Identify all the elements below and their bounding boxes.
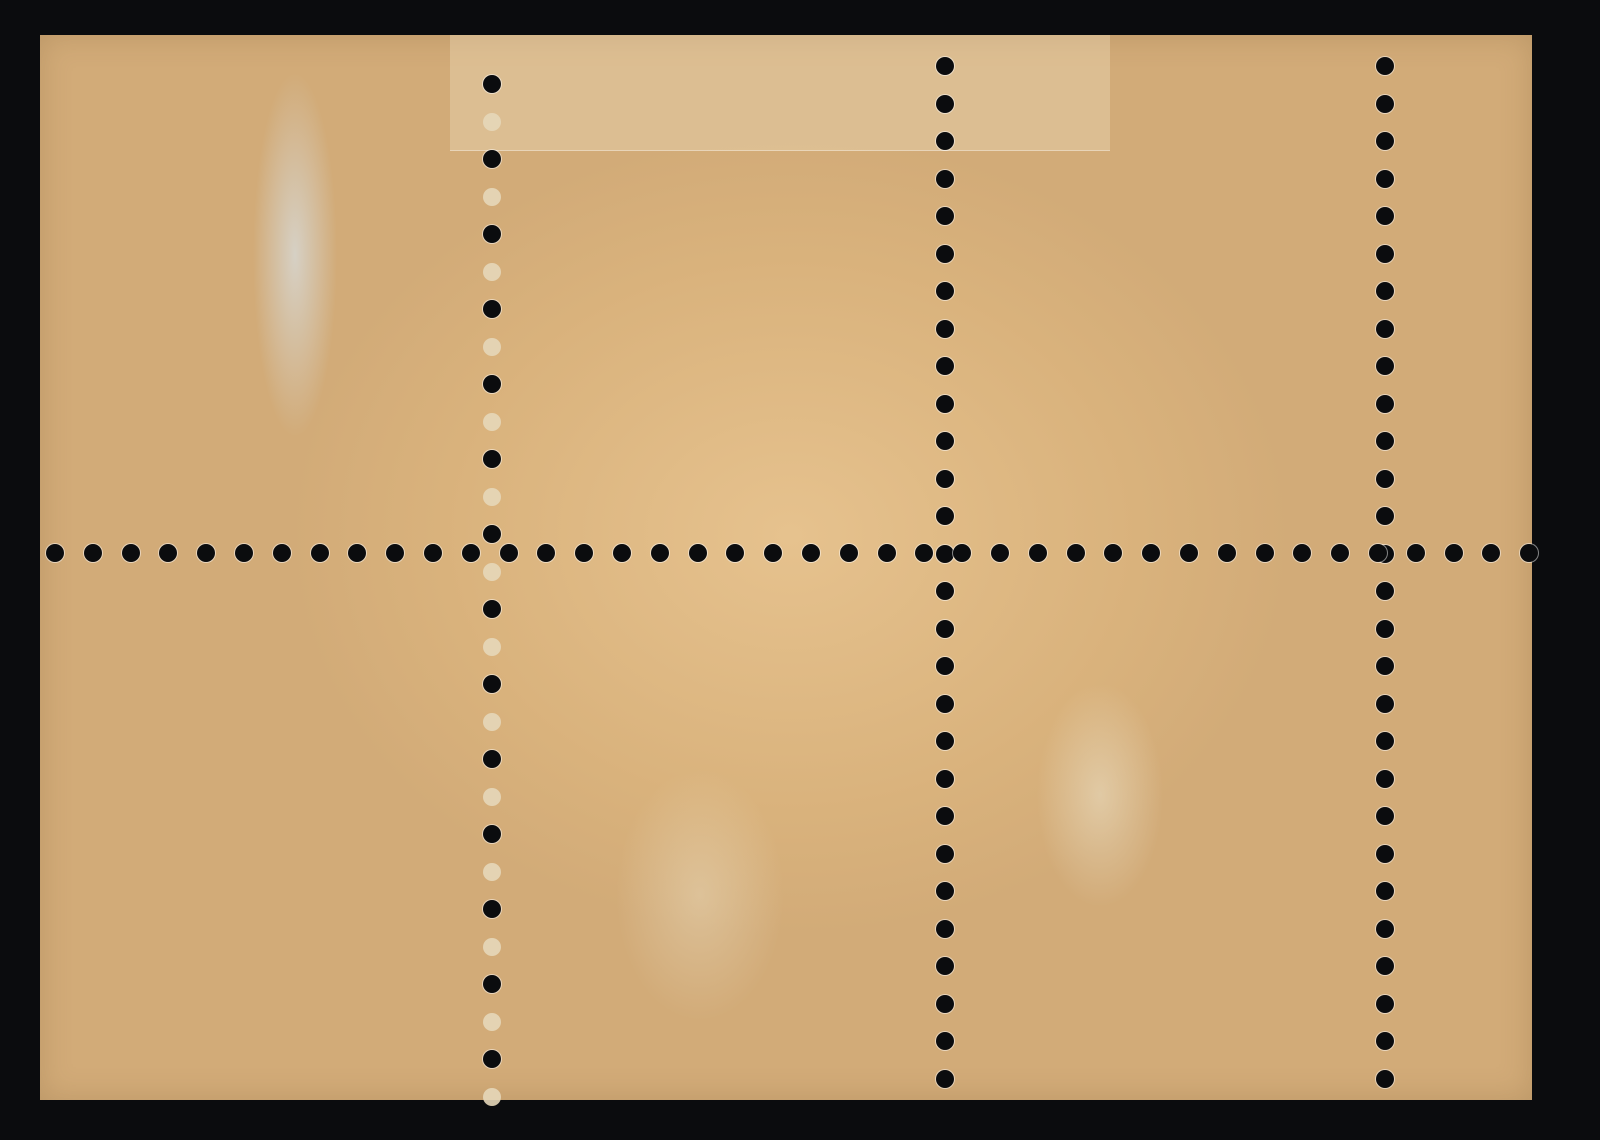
- perforation-hole: [348, 544, 366, 562]
- perforation-hole: [483, 338, 501, 356]
- perforation-line-vertical-3: [1374, 35, 1396, 1100]
- perforation-hole: [235, 544, 253, 562]
- perforation-hole: [936, 882, 954, 900]
- perforation-hole: [483, 1088, 501, 1106]
- perforation-hole: [1376, 770, 1394, 788]
- perforation-hole: [1376, 357, 1394, 375]
- perforation-hole: [936, 920, 954, 938]
- perforation-hole: [1376, 582, 1394, 600]
- perforation-hole: [1376, 657, 1394, 675]
- perforation-hole: [483, 225, 501, 243]
- perforation-hole: [1104, 544, 1122, 562]
- perforation-hole: [1376, 132, 1394, 150]
- perforation-hole: [483, 750, 501, 768]
- perforation-hole: [1369, 544, 1387, 562]
- perforation-hole: [1376, 507, 1394, 525]
- perforation-hole: [936, 695, 954, 713]
- perforation-hole: [936, 1032, 954, 1050]
- perforation-hole: [936, 657, 954, 675]
- perforation-hole: [1445, 544, 1463, 562]
- perforation-hole: [1376, 620, 1394, 638]
- perforation-hole: [1376, 170, 1394, 188]
- perforation-hole: [936, 320, 954, 338]
- hinge-remnant: [450, 35, 1110, 151]
- perforation-hole: [311, 544, 329, 562]
- perforation-hole: [122, 544, 140, 562]
- perforation-hole: [1520, 544, 1538, 562]
- perforation-hole: [1376, 807, 1394, 825]
- perforation-hole: [936, 57, 954, 75]
- perforation-hole: [1376, 1032, 1394, 1050]
- perforation-hole: [500, 544, 518, 562]
- perforation-hole: [197, 544, 215, 562]
- perforation-hole: [1376, 1070, 1394, 1088]
- perforation-hole: [483, 600, 501, 618]
- perforation-hole: [1407, 544, 1425, 562]
- perforation-hole: [878, 544, 896, 562]
- perforation-hole: [273, 544, 291, 562]
- perforation-hole: [1256, 544, 1274, 562]
- perforation-hole: [915, 544, 933, 562]
- perforation-hole: [936, 395, 954, 413]
- perforation-hole: [483, 188, 501, 206]
- perforation-line-horizontal: [40, 542, 1532, 564]
- perforation-hole: [1376, 995, 1394, 1013]
- perforation-hole: [1029, 544, 1047, 562]
- perforation-hole: [1376, 470, 1394, 488]
- perforation-hole: [936, 957, 954, 975]
- perforation-hole: [483, 525, 501, 543]
- perforation-hole: [1067, 544, 1085, 562]
- perforation-hole: [1376, 920, 1394, 938]
- perforation-hole: [483, 1050, 501, 1068]
- perforation-hole: [936, 620, 954, 638]
- perforation-line-vertical-2: [934, 35, 956, 1100]
- perforation-hole: [936, 582, 954, 600]
- perforation-hole: [1180, 544, 1198, 562]
- perforation-hole: [802, 544, 820, 562]
- perforation-hole: [1218, 544, 1236, 562]
- perforation-hole: [936, 1070, 954, 1088]
- perforation-hole: [483, 938, 501, 956]
- perforation-hole: [483, 488, 501, 506]
- perforation-hole: [483, 788, 501, 806]
- perforation-hole: [1376, 845, 1394, 863]
- perforation-hole: [575, 544, 593, 562]
- perforation-hole: [483, 150, 501, 168]
- perforation-hole: [1376, 732, 1394, 750]
- perforation-hole: [936, 282, 954, 300]
- perforation-hole: [936, 207, 954, 225]
- perforation-hole: [483, 300, 501, 318]
- perforation-hole: [46, 544, 64, 562]
- perforation-hole: [483, 675, 501, 693]
- perforation-hole: [936, 432, 954, 450]
- perforation-hole: [1376, 432, 1394, 450]
- perforation-hole: [483, 863, 501, 881]
- perforation-hole: [1376, 282, 1394, 300]
- perforation-hole: [936, 807, 954, 825]
- perforation-hole: [483, 825, 501, 843]
- perforation-hole: [1376, 207, 1394, 225]
- perforation-hole: [483, 113, 501, 131]
- perforation-hole: [483, 900, 501, 918]
- perforation-hole: [1376, 395, 1394, 413]
- perforation-hole: [840, 544, 858, 562]
- perforation-hole: [1376, 695, 1394, 713]
- perforation-hole: [1376, 95, 1394, 113]
- perforation-hole: [483, 975, 501, 993]
- perforation-hole: [689, 544, 707, 562]
- perforation-hole: [936, 470, 954, 488]
- perforation-hole: [483, 563, 501, 581]
- perforation-hole: [1376, 882, 1394, 900]
- perforation-hole: [936, 95, 954, 113]
- perforation-hole: [1142, 544, 1160, 562]
- perforation-hole: [613, 544, 631, 562]
- perforation-hole: [424, 544, 442, 562]
- perforation-hole: [936, 845, 954, 863]
- perforation-line-vertical-1: [481, 35, 503, 1100]
- perforation-hole: [936, 132, 954, 150]
- perforation-hole: [1293, 544, 1311, 562]
- perforation-hole: [386, 544, 404, 562]
- perforation-hole: [537, 544, 555, 562]
- perforation-hole: [936, 732, 954, 750]
- perforation-hole: [953, 544, 971, 562]
- perforation-hole: [936, 995, 954, 1013]
- perforation-hole: [1482, 544, 1500, 562]
- perforation-hole: [483, 263, 501, 281]
- stamp-block-back: [40, 35, 1532, 1100]
- perforation-hole: [159, 544, 177, 562]
- perforation-hole: [936, 770, 954, 788]
- perforation-hole: [936, 245, 954, 263]
- perforation-hole: [483, 713, 501, 731]
- perforation-hole: [84, 544, 102, 562]
- perforation-hole: [991, 544, 1009, 562]
- perforation-hole: [483, 450, 501, 468]
- perforation-hole: [483, 413, 501, 431]
- perforation-hole: [483, 75, 501, 93]
- perforation-hole: [764, 544, 782, 562]
- perforation-hole: [483, 1013, 501, 1031]
- perforation-hole: [1376, 320, 1394, 338]
- perforation-hole: [1376, 957, 1394, 975]
- perforation-hole: [726, 544, 744, 562]
- perforation-hole: [936, 357, 954, 375]
- perforation-hole: [483, 375, 501, 393]
- perforation-hole: [483, 638, 501, 656]
- perforation-hole: [936, 170, 954, 188]
- perforation-hole: [1376, 245, 1394, 263]
- perforation-hole: [651, 544, 669, 562]
- perforation-hole: [1376, 57, 1394, 75]
- perforation-hole: [1331, 544, 1349, 562]
- perforation-hole: [936, 507, 954, 525]
- perforation-hole: [462, 544, 480, 562]
